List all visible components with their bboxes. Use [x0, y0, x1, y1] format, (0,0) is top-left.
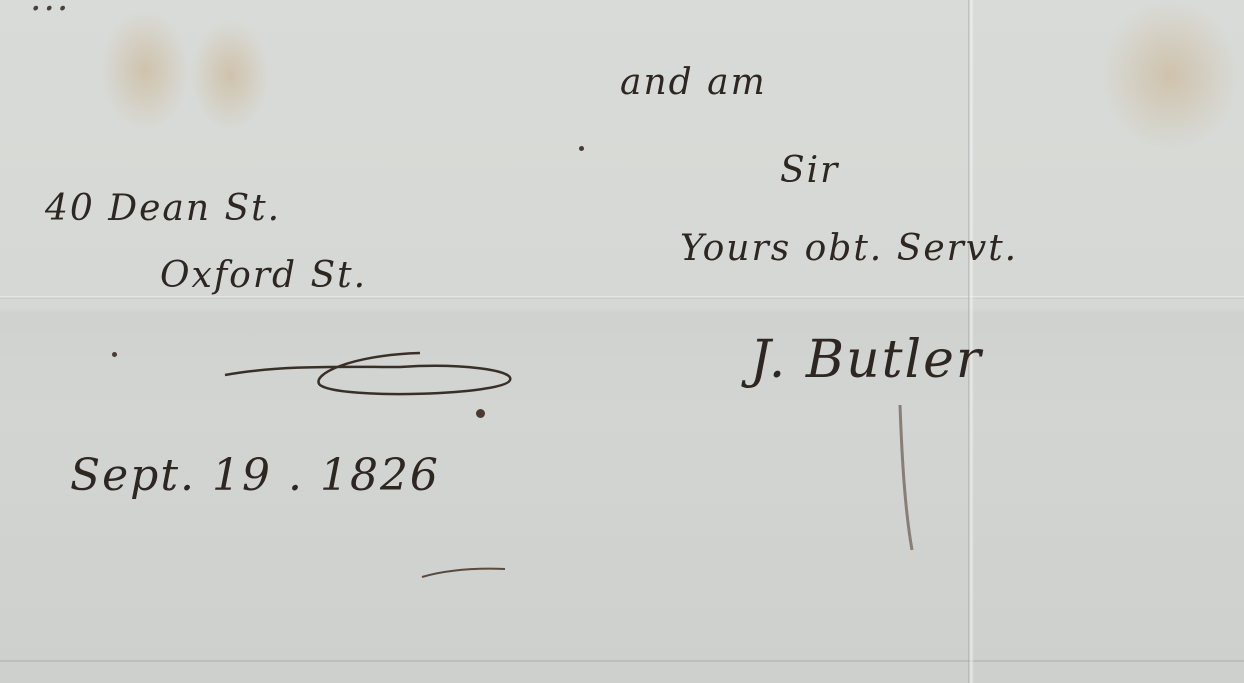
ink-blot: [476, 409, 485, 418]
horizontal-fold-crease: [0, 296, 1244, 299]
closing-line-sir: Sir: [780, 150, 839, 191]
address-line-1: 40 Dean St.: [45, 188, 281, 229]
ink-speck: [579, 146, 584, 151]
address-line-2: Oxford St.: [160, 255, 367, 296]
date-line: Sept. 19 . 1826: [70, 450, 440, 501]
bottom-fold-crease: [0, 660, 1244, 662]
closing-line-yours: Yours obt. Servt.: [680, 228, 1018, 269]
flourish-underline: [220, 345, 520, 405]
stray-pen-stroke: [420, 565, 510, 580]
top-text-fragment: ...: [30, 0, 70, 19]
foxing-stain: [1100, 0, 1240, 150]
letter-page: ... and am Sir Yours obt. Servt. 40 Dean…: [0, 0, 1244, 683]
closing-line-and-am: and am: [620, 62, 767, 103]
signature: J. Butler: [750, 330, 983, 390]
foxing-stain: [190, 20, 270, 130]
ink-speck: [112, 352, 117, 357]
foxing-stain: [100, 10, 190, 130]
ink-trail: [890, 400, 930, 650]
